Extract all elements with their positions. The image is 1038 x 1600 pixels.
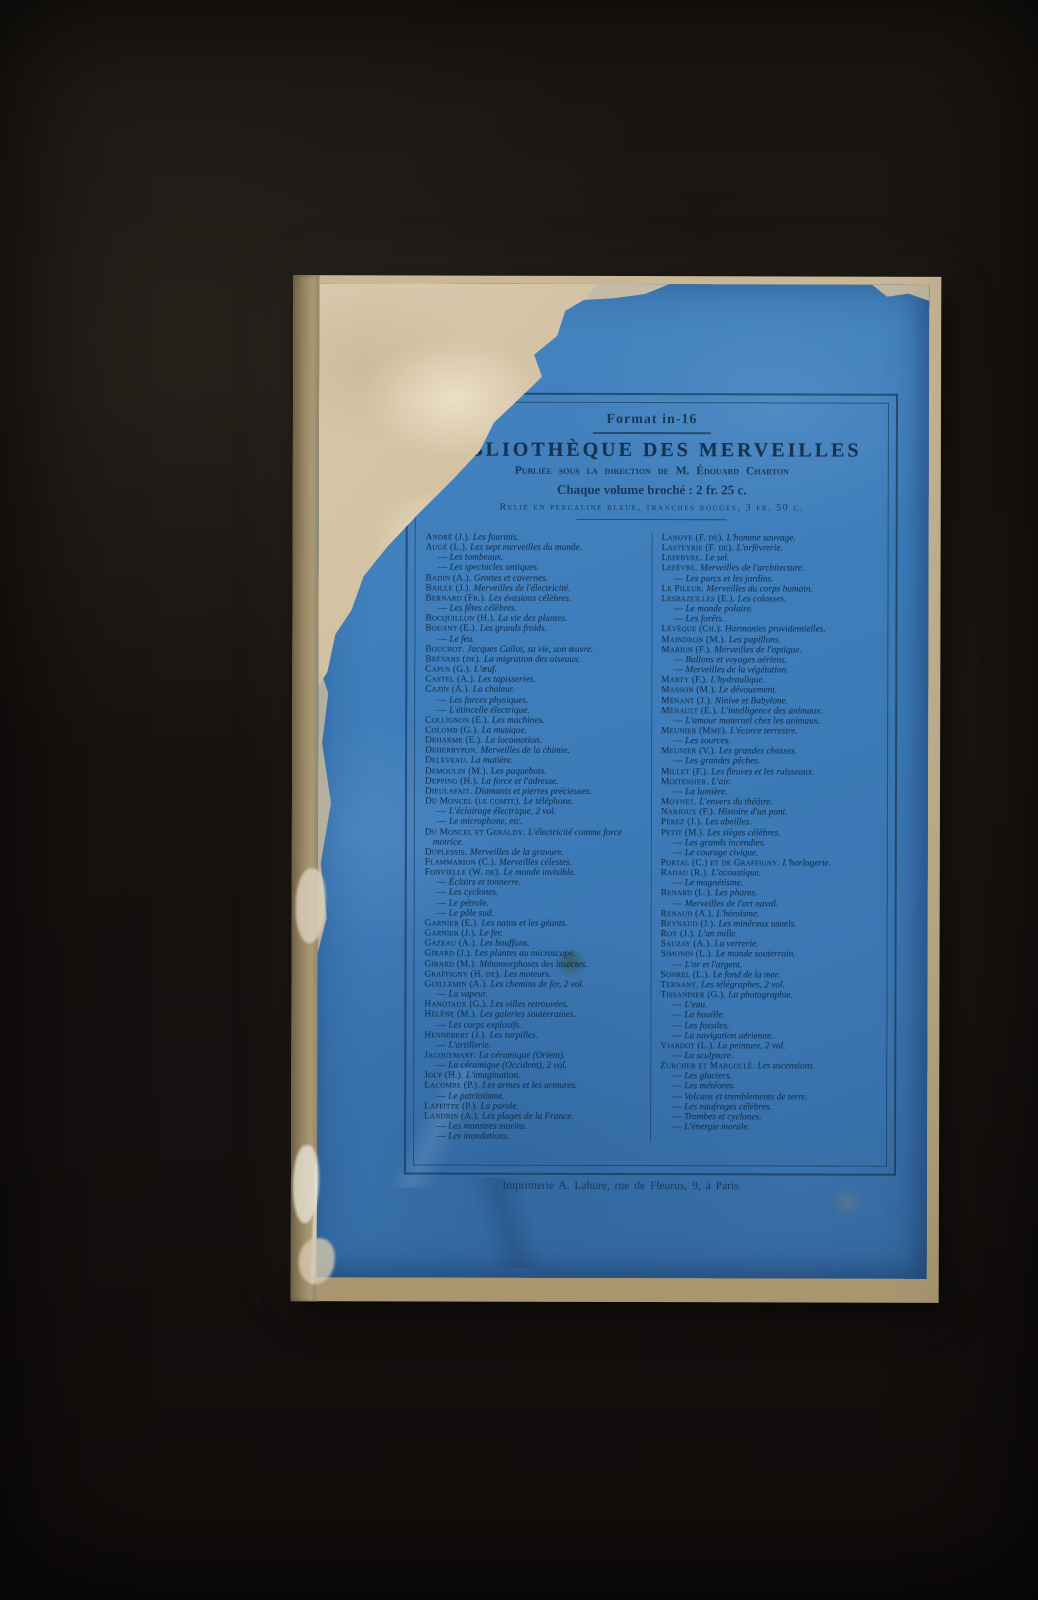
catalog-entry-title: Merveilles de l'électricité.: [474, 583, 571, 593]
catalog-entry-author: Lanoye (F. de).: [662, 533, 727, 543]
catalog-entry: — Les spectacles antiques.: [426, 563, 644, 574]
catalog-entry: — Le patriotisme.: [424, 1091, 642, 1102]
catalog-entry-title: Les télégraphes, 2 vol.: [701, 980, 785, 990]
catalog-entry-author: —: [673, 757, 685, 767]
catalog-entry-title: Trombes et cyclones.: [684, 1112, 761, 1122]
catalog-entry-title: Ninive et Babylone.: [715, 696, 788, 706]
catalog-entry: — Trombes et cyclones.: [660, 1112, 878, 1123]
catalog-entry-title: La houille.: [684, 1011, 724, 1021]
catalog-entry-author: Depping (H.).: [425, 776, 481, 786]
catalog-entry-title: Le sel.: [705, 554, 729, 564]
catalog-entry-title: L'envers du théâtre.: [699, 797, 773, 807]
catalog-entry-author: Cazin (A.).: [425, 685, 473, 695]
catalog-entry: Ménant (J.). Ninive et Babylone.: [661, 696, 879, 707]
catalog-entry-author: Duplessis.: [425, 847, 470, 857]
catalog-entry: — Les inondations.: [424, 1132, 642, 1143]
catalog-entry-title: Les papillons.: [729, 635, 781, 645]
catalog-entry-title: La migration des oiseaux.: [484, 655, 581, 665]
catalog-entry: Girard (M.). Métamorphoses des insectes.: [425, 959, 643, 970]
imprint-line: Imprimerie A. Lahure, rue de Fleurus, 9,…: [317, 1179, 927, 1193]
catalog-entry-author: Le Pileur.: [662, 584, 707, 594]
catalog-entry-author: Pérez (J.).: [661, 817, 705, 827]
catalog-entry-title: La vapeur.: [448, 990, 487, 1000]
catalog-entry-title: La locomotion.: [485, 736, 541, 746]
catalog-entry-title: Grottes et cavernes.: [474, 573, 548, 583]
catalog-entry-title: L'horlogerie.: [782, 858, 831, 868]
catalog-entry-author: Lasteyrie (F. de).: [662, 543, 737, 553]
catalog-entry-author: Guillemin (A.).: [424, 979, 490, 989]
catalog-entry-title: Le fer.: [479, 929, 502, 939]
catalog-entry-title: La chaleur.: [473, 685, 515, 695]
catalog-entry: — Ballons et voyages aériens.: [661, 655, 879, 666]
catalog-column-left: André (J.). Les fourmis.Augé (L.). Les s…: [424, 533, 644, 1143]
catalog-entry-author: —: [672, 1112, 684, 1122]
catalog-entry: Bouchot. Jacques Callot, sa vie, son œuv…: [425, 644, 643, 655]
book-cover: Format in-16 BIBLIOTHÈQUE DES MERVEILLES…: [317, 283, 930, 1279]
catalog-entry-title: Les fleuves et les ruisseaux.: [711, 767, 814, 777]
catalog-entry-author: Garnier (E.).: [425, 918, 482, 928]
catalog-entry-title: L'imagination.: [466, 1071, 520, 1081]
catalog-entry-title: Les tapisseries.: [478, 675, 535, 685]
catalog-frame-inner: Format in-16 BIBLIOTHÈQUE DES MERVEILLES…: [413, 401, 889, 1166]
catalog-entry: — L'or et l'argent.: [661, 960, 879, 971]
catalog-entry-title: Les sources.: [685, 736, 731, 746]
catalog-entry-author: —: [437, 908, 449, 918]
catalog-entry-author: Landrin (A.).: [424, 1111, 482, 1121]
catalog-entry-title: Les plages de la France.: [482, 1112, 574, 1122]
catalog-entry-author: Radau (R.).: [661, 868, 712, 878]
catalog-entry-title: La céramique (Orient).: [479, 1051, 566, 1061]
catalog-entry-author: Hanotaux (G.).: [424, 1000, 490, 1010]
catalog-entry-author: —: [672, 1021, 684, 1031]
catalog-entry-title: Volcans et tremblements de terre.: [684, 1092, 808, 1102]
catalog-entry-title: L'artillerie.: [448, 1040, 491, 1050]
catalog-entry: — L'énergie morale.: [660, 1122, 878, 1133]
divider-rule: [593, 432, 711, 434]
catalog-entry-author: Petit (M.).: [661, 828, 708, 838]
catalog-entry-title: Les glaciers.: [684, 1071, 732, 1081]
catalog-entry-author: Bouant (E.).: [425, 624, 479, 634]
catalog-entry-author: Augé (L.).: [426, 543, 470, 553]
catalog-entry: — Les corps explosifs.: [424, 1020, 642, 1031]
catalog-entry: Hennebert (J.). Les torpilles.: [424, 1030, 642, 1041]
catalog-entry: — Les parcs et les jardins.: [662, 574, 880, 585]
catalog-entry-author: Marion (F.).: [661, 645, 714, 655]
catalog-entry-title: Les tombeaux.: [450, 553, 504, 563]
catalog-entry: Maindron (M.). Les papillons.: [661, 635, 879, 646]
catalog-entry-author: —: [437, 807, 449, 817]
catalog-entry-title: Les sept merveilles du monde.: [470, 543, 582, 553]
catalog-entry-author: Girard (M.).: [425, 959, 480, 969]
catalog-entry: Pérez (J.). Les abeilles.: [661, 817, 879, 828]
catalog-entry-author: Baille (J.).: [426, 583, 474, 593]
catalog-entry-author: —: [673, 716, 685, 726]
catalog-entry-author: Marty (F.).: [661, 675, 710, 685]
catalog-entry-author: Simonin (L.).: [661, 950, 716, 960]
catalog-entry: Renaud (A.). L'héroïsme.: [661, 909, 879, 920]
catalog-entry-author: Colomb (G.).: [425, 725, 481, 735]
catalog-entry-title: Les évasions célèbres.: [489, 594, 572, 604]
catalog-entry-title: Le monde souterrain.: [716, 950, 796, 960]
catalog-entry-author: Sonrel (L.).: [661, 970, 713, 980]
catalog-entry: Simonin (L.). Le monde souterrain.: [661, 950, 879, 961]
catalog-entry-title: L'eau.: [684, 1000, 707, 1010]
catalog-entry-title: La verrerie.: [714, 940, 758, 950]
catalog-entry: Colomb (G.). La musique.: [425, 725, 643, 736]
photo-background: Format in-16 BIBLIOTHÈQUE DES MERVEILLES…: [0, 0, 1038, 1600]
catalog-entry: Dieulafait. Diamants et pierres précieus…: [425, 786, 643, 797]
catalog-entry-title: Les moteurs.: [504, 969, 552, 979]
catalog-entry: — L'étincelle électrique.: [425, 705, 643, 716]
catalog-entry-author: Du Moncel et Geraldy.: [425, 827, 528, 837]
catalog-entry-author: Tissandier (G.).: [660, 990, 728, 1000]
catalog-entry: — Les fossiles.: [660, 1021, 878, 1032]
catalog-entry: Lefèvre. Merveilles de l'architecture.: [662, 564, 880, 575]
catalog-entry-title: La céramique (Occident), 2 vol.: [448, 1061, 567, 1071]
catalog-entry-title: Les bouffons.: [480, 939, 530, 949]
catalog-entry: — L'artillerie.: [424, 1040, 642, 1051]
catalog-entry-title: Les corps explosifs.: [448, 1020, 521, 1030]
catalog-entry-title: L'hydraulique.: [710, 675, 764, 685]
catalog-entry-author: Badin (A.).: [426, 573, 474, 583]
catalog-entry: — Les forces physiques.: [425, 695, 643, 706]
catalog-entry: Badin (A.). Grottes et cavernes.: [426, 573, 644, 584]
catalog-entry: — La lumière.: [661, 787, 879, 798]
catalog-entry-title: Les grands incendies.: [685, 838, 766, 848]
catalog-entry-title: Les machines.: [492, 715, 545, 725]
catalog-entry-title: Les fourmis.: [473, 533, 519, 543]
catalog-entry-title: Merveilles de la végétation.: [685, 665, 788, 675]
binding-line: Relié en percaline bleue, tranches rouge…: [416, 501, 888, 513]
catalog-entry-title: Les abeilles.: [705, 818, 752, 828]
catalog-entry-title: Les fossiles.: [684, 1021, 729, 1031]
catalog-entry-author: —: [672, 1010, 684, 1020]
catalog-entry-title: La peinture, 2 vol.: [717, 1041, 785, 1051]
catalog-entry-author: —: [437, 817, 449, 827]
catalog-entry-title: L'intelligence des animaux.: [721, 706, 823, 716]
catalog-entry-author: —: [673, 787, 685, 797]
catalog-entry-author: Moitessier.: [661, 777, 711, 787]
catalog-entry-author: Brévans (de).: [425, 654, 484, 664]
catalog-entry-author: Garnier (J.).: [425, 929, 480, 939]
catalog-entry-title: Éclairs et tonnerre.: [449, 878, 521, 888]
catalog-entry-title: Les sièges célèbres.: [707, 828, 780, 838]
catalog-entry-author: —: [673, 655, 685, 665]
catalog-entry-title: Le fond de la mer.: [713, 970, 780, 980]
catalog-entry-title: Merveilles de l'art naval.: [685, 899, 778, 909]
catalog-entry: Baille (J.). Merveilles de l'électricité…: [426, 583, 644, 594]
catalog-entry-title: Le dévouement.: [719, 686, 777, 696]
catalog-entry-author: —: [672, 1122, 684, 1132]
catalog-entry-author: —: [436, 1132, 448, 1142]
catalog-entry: Lesbazeilles (E.). Les colosses.: [661, 594, 879, 605]
catalog-entry-author: Renard (L.).: [661, 889, 715, 899]
catalog-entry: Cazin (A.). La chaleur.: [425, 685, 643, 696]
catalog-entry-author: Lefebvre.: [662, 553, 705, 563]
catalog-entry-title: Les colosses.: [738, 594, 787, 604]
catalog-entry-title: Les chemins de fer, 2 vol.: [490, 980, 584, 990]
catalog-entry-author: Joly (H.).: [424, 1071, 466, 1081]
series-editor: Publiée sous la direction de M. Édouard …: [416, 464, 888, 477]
catalog-entry: — Le pôle sud.: [425, 908, 643, 919]
catalog-entry-author: —: [673, 960, 685, 970]
catalog-entry-author: —: [672, 1000, 684, 1010]
catalog-entry: — L'amour maternel chez les animaux.: [661, 716, 879, 727]
divider-rule: [577, 519, 727, 520]
catalog-entry-title: La lumière.: [685, 787, 728, 797]
catalog-entry-author: Moynet.: [661, 797, 699, 807]
catalog-entry: Masson (M.). Le dévouement.: [661, 685, 879, 696]
stain-mark: [827, 1190, 867, 1216]
catalog-entry-title: L'œuf.: [474, 665, 497, 675]
catalog-entry: — La houille.: [660, 1010, 878, 1021]
torn-paper-patch: [299, 1238, 335, 1284]
catalog-entry-title: Les minéraux usuels.: [718, 919, 796, 929]
catalog-entry-author: Laffitte (P.).: [424, 1101, 480, 1111]
catalog-entry-author: Deherrypon.: [425, 746, 480, 756]
catalog-entry-author: Viardot (L.).: [660, 1041, 717, 1051]
catalog-entry-author: Bocquillon (H.).: [425, 614, 498, 624]
catalog-entry: Ménault (E.). L'intelligence des animaux…: [661, 706, 879, 717]
catalog-entry: Petit (M.). Les sièges célèbres.: [661, 828, 879, 839]
catalog-entry-title: Le pôle sud.: [449, 908, 494, 918]
catalog-entry-title: L'écorce terrestre.: [730, 726, 798, 736]
catalog-entry-author: Roy (J.).: [661, 929, 698, 939]
series-title: BIBLIOTHÈQUE DES MERVEILLES: [416, 438, 888, 462]
catalog-entry-author: Jacquemart.: [424, 1050, 479, 1060]
catalog-entry-author: —: [436, 1122, 448, 1132]
catalog-entry-author: Castel (A.).: [425, 675, 478, 685]
catalog-entry-title: La sculpture.: [684, 1051, 733, 1061]
catalog-entry-title: Métamorphoses des insectes.: [479, 959, 587, 969]
catalog-entry-author: —: [673, 899, 685, 909]
catalog-entry-title: Les spectacles antiques.: [450, 563, 540, 573]
catalog-entry-title: Le monde polaire.: [685, 604, 753, 614]
catalog-entry-author: —: [436, 1091, 448, 1101]
catalog-entry: Guillemin (A.). Les chemins de fer, 2 vo…: [424, 979, 642, 990]
catalog-entry-author: Graffigny (H. de).: [425, 969, 504, 979]
catalog-entry: — Les météores.: [660, 1082, 878, 1093]
catalog-entry-author: Ménant (J.).: [661, 696, 715, 706]
catalog-entry-author: Reynaud (J.).: [661, 919, 719, 929]
catalog-entry: Marion (F.). Merveilles de l'optique.: [661, 645, 879, 656]
catalog-entry-author: Ternant.: [660, 980, 701, 990]
catalog-entry-title: L'amour maternel chez les animaux.: [685, 716, 820, 726]
catalog-entry-author: Narjoux (F.).: [661, 807, 718, 817]
catalog-entry: — Les grandes pêches.: [661, 757, 879, 768]
book-back-cover: Format in-16 BIBLIOTHÈQUE DES MERVEILLES…: [291, 275, 942, 1303]
catalog-entry-author: —: [437, 888, 449, 898]
catalog-entry: Laffitte (P.). La parole.: [424, 1101, 642, 1112]
catalog-entry-author: Lefèvre.: [662, 564, 701, 574]
catalog-entry: Depping (H.). La force et l'adresse.: [425, 776, 643, 787]
catalog-entry-title: Merveilles célestes.: [499, 858, 572, 868]
catalog-entry-author: Lesbazeilles (E.).: [661, 594, 737, 604]
catalog-entry-title: Le téléphone.: [524, 797, 574, 807]
catalog-entry: Bernard (Fr.). Les évasions célèbres.: [425, 593, 643, 604]
catalog-entry-title: Le monde invisible.: [503, 868, 576, 878]
catalog-entry: Graffigny (H. de). Les moteurs.: [425, 969, 643, 980]
catalog-entry: Collignon (E.). Les machines.: [425, 715, 643, 726]
catalog-entry-title: L'an mille.: [698, 929, 738, 939]
catalog-entry-title: Les fêtes célèbres.: [449, 604, 517, 614]
catalog-entry: Reynaud (J.). Les minéraux usuels.: [661, 919, 879, 930]
catalog-entry-title: La navigation aérienne.: [684, 1031, 773, 1041]
catalog-entry-title: Harmonies providentielles.: [725, 625, 826, 635]
catalog-entry-title: L'homme sauvage.: [727, 533, 796, 543]
catalog-entry: — Les cyclones.: [425, 888, 643, 899]
catalog-entry-title: La photographie.: [728, 990, 793, 1000]
catalog-entry: Landrin (A.). Les plages de la France.: [424, 1111, 642, 1122]
catalog-entry-title: Le patriotisme.: [448, 1091, 504, 1101]
catalog-entry-author: Millet (F.).: [661, 767, 711, 777]
catalog-entry: — Le pétrole.: [425, 898, 643, 909]
catalog-entry-author: Lacombe (P.).: [424, 1081, 482, 1091]
catalog-entry-author: Meunier (V.).: [661, 746, 719, 756]
catalog-entry-title: Le pétrole.: [449, 898, 489, 908]
catalog-entry-author: —: [436, 1020, 448, 1030]
catalog-entry-author: —: [437, 695, 449, 705]
catalog-entry: Meunier (Mme). L'écorce terrestre.: [661, 726, 879, 737]
catalog-frame: Format in-16 BIBLIOTHÈQUE DES MERVEILLES…: [404, 392, 898, 1175]
catalog-entry-author: Du Moncel (le comte).: [425, 797, 524, 807]
catalog-entry-author: —: [672, 1092, 684, 1102]
catalog-entry-title: Diamants et pierres précieuses.: [475, 787, 592, 797]
catalog-entry-author: —: [673, 604, 685, 614]
catalog-entry: — Les naufrages célèbres.: [660, 1102, 878, 1113]
catalog-entry: Duplessis. Merveilles de la gravure.: [425, 847, 643, 858]
catalog-entry-title: L'éclairage électrique, 2 vol.: [449, 807, 556, 817]
torn-paper-edge: [859, 285, 929, 301]
catalog-entry-author: Renaud (A.).: [661, 909, 717, 919]
catalog-entry: Sonrel (L.). Le fond de la mer.: [661, 970, 879, 981]
catalog-entry-title: Ballons et voyages aériens.: [685, 655, 787, 665]
catalog-entry-author: —: [672, 1082, 684, 1092]
catalog-entry-title: Les forces physiques.: [449, 695, 528, 705]
catalog-entry-author: —: [673, 665, 685, 675]
catalog-entry-author: Demoulin (M.).: [425, 766, 491, 776]
catalog-entry: — Merveilles de l'art naval.: [661, 899, 879, 910]
catalog-entry-title: La musique.: [481, 726, 526, 736]
catalog-entry-author: Lévêque (Ch.).: [661, 625, 724, 635]
catalog-columns: André (J.). Les fourmis.Augé (L.). Les s…: [414, 524, 888, 1143]
catalog-entry-author: Meunier (Mme).: [661, 726, 730, 736]
catalog-entry-title: Merveilles de l'optique.: [714, 645, 801, 655]
catalog-entry-author: —: [673, 878, 685, 888]
catalog-entry-title: Les villes retrouvées.: [490, 1000, 568, 1010]
catalog-entry-author: Deleveau.: [425, 756, 471, 766]
catalog-entry-author: André (J.).: [426, 533, 473, 543]
catalog-entry-title: L'orfèvrerie.: [737, 543, 783, 553]
catalog-entry-title: L'héroïsme.: [716, 909, 759, 919]
catalog-entry-title: Les nains et les géants.: [481, 919, 567, 929]
catalog-entry-title: Les grandes chasses.: [719, 747, 797, 757]
catalog-entry-author: —: [674, 574, 686, 584]
catalog-entry: — Volcans et tremblements de terre.: [660, 1092, 878, 1103]
catalog-entry-title: Le feu.: [449, 634, 474, 644]
catalog-entry-author: —: [438, 553, 450, 563]
catalog-entry-author: Gazeau (A.).: [425, 939, 480, 949]
catalog-entry-title: Les plantes au microscope.: [475, 949, 576, 959]
catalog-entry: Lacombe (P.). Les armes et les armures.: [424, 1081, 642, 1092]
catalog-entry-author: Hélène (M.).: [424, 1010, 479, 1020]
catalog-entry-title: Les armes et les armures.: [482, 1081, 577, 1091]
catalog-entry-author: Hennebert (J.).: [424, 1030, 489, 1040]
catalog-entry-title: Les torpilles.: [489, 1030, 538, 1040]
catalog-entry-author: Bouchot.: [425, 644, 467, 654]
catalog-entry-title: L'or et l'argent.: [685, 960, 743, 970]
catalog-entry: — Le microphone, etc.: [425, 817, 643, 828]
catalog-entry-author: —: [673, 848, 685, 858]
catalog-entry: Ternant. Les télégraphes, 2 vol.: [660, 980, 878, 991]
catalog-entry: Du Moncel et Geraldy. L'électricité comm…: [425, 827, 643, 848]
catalog-entry-author: —: [437, 898, 449, 908]
catalog-entry: Jacquemart. La céramique (Orient).: [424, 1050, 642, 1061]
catalog-entry-author: Flammarion (C.).: [425, 857, 499, 867]
catalog-entry-author: Bernard (Fr.).: [425, 593, 488, 603]
catalog-entry-author: —: [438, 563, 450, 573]
catalog-entry-author: —: [673, 614, 685, 624]
catalog-entry: Lévêque (Ch.). Harmonies providentielles…: [661, 625, 879, 636]
catalog-entry-title: Les forêts.: [685, 614, 724, 624]
catalog-entry-author: Capus (G.).: [425, 665, 474, 675]
catalog-entry-author: —: [437, 634, 449, 644]
catalog-entry: — Le courage civique.: [661, 848, 879, 859]
catalog-entry-title: Les parcs et les jardins.: [686, 574, 774, 584]
catalog-entry-title: Les phares.: [715, 889, 758, 899]
catalog-entry-title: Le magnétisme.: [685, 878, 743, 888]
catalog-entry: Viardot (L.). La peinture, 2 vol.: [660, 1041, 878, 1052]
catalog-entry-author: —: [436, 990, 448, 1000]
catalog-entry-author: Portal (C.) et de Graffigny.: [661, 858, 783, 868]
catalog-entry-author: Zurcher et Margollé.: [660, 1061, 757, 1071]
catalog-entry-author: —: [672, 1102, 684, 1112]
catalog-entry-title: Jacques Callot, sa vie, son œuvre.: [467, 644, 593, 654]
catalog-entry-title: Les inondations.: [448, 1132, 510, 1142]
catalog-entry-author: —: [673, 736, 685, 746]
catalog-entry-author: Masson (M.).: [661, 685, 719, 695]
catalog-entry-author: Dieulafait.: [425, 786, 475, 796]
catalog-entry-title: L'énergie morale.: [684, 1122, 750, 1132]
catalog-entry-title: La matière.: [471, 756, 514, 766]
catalog-entry-author: —: [437, 705, 449, 715]
catalog-entry-title: Merveilles de la gravure.: [470, 847, 564, 857]
catalog-entry-title: Les grandes pêches.: [685, 757, 760, 767]
catalog-entry-author: Maindron (M.).: [661, 635, 728, 645]
catalog-entry-title: L'air.: [711, 777, 730, 787]
catalog-entry-title: Merveilles du corps humain.: [706, 584, 812, 594]
catalog-entry-title: Les ascensions.: [757, 1061, 815, 1071]
catalog-entry-title: L'acoustique.: [711, 868, 761, 878]
catalog-entry-author: Girard (J.).: [425, 949, 475, 959]
catalog-column-right: Lanoye (F. de). L'homme sauvage.Lasteyri…: [650, 533, 880, 1143]
catalog-entry-author: —: [672, 1051, 684, 1061]
catalog-entry-title: Histoire d'un pont.: [718, 807, 788, 817]
catalog-entry: Moitessier. L'air.: [661, 777, 879, 788]
catalog-entry-author: —: [673, 838, 685, 848]
catalog-entry: — Les grands incendies.: [661, 838, 879, 849]
catalog-entry: Deleveau. La matière.: [425, 756, 643, 767]
catalog-entry: Le Pileur. Merveilles du corps humain.: [662, 584, 880, 595]
catalog-entry: — Le feu.: [425, 634, 643, 645]
catalog-entry: — La navigation aérienne.: [660, 1031, 878, 1042]
catalog-entry-title: Les paquebots.: [491, 766, 547, 776]
catalog-entry: Girard (J.). Les plantes au microscope.: [425, 949, 643, 960]
catalog-entry-title: La force et l'adresse.: [481, 776, 558, 786]
catalog-entry-author: —: [436, 1061, 448, 1071]
catalog-entry: Millet (F.). Les fleuves et les ruisseau…: [661, 767, 879, 778]
catalog-entry-author: —: [436, 1040, 448, 1050]
